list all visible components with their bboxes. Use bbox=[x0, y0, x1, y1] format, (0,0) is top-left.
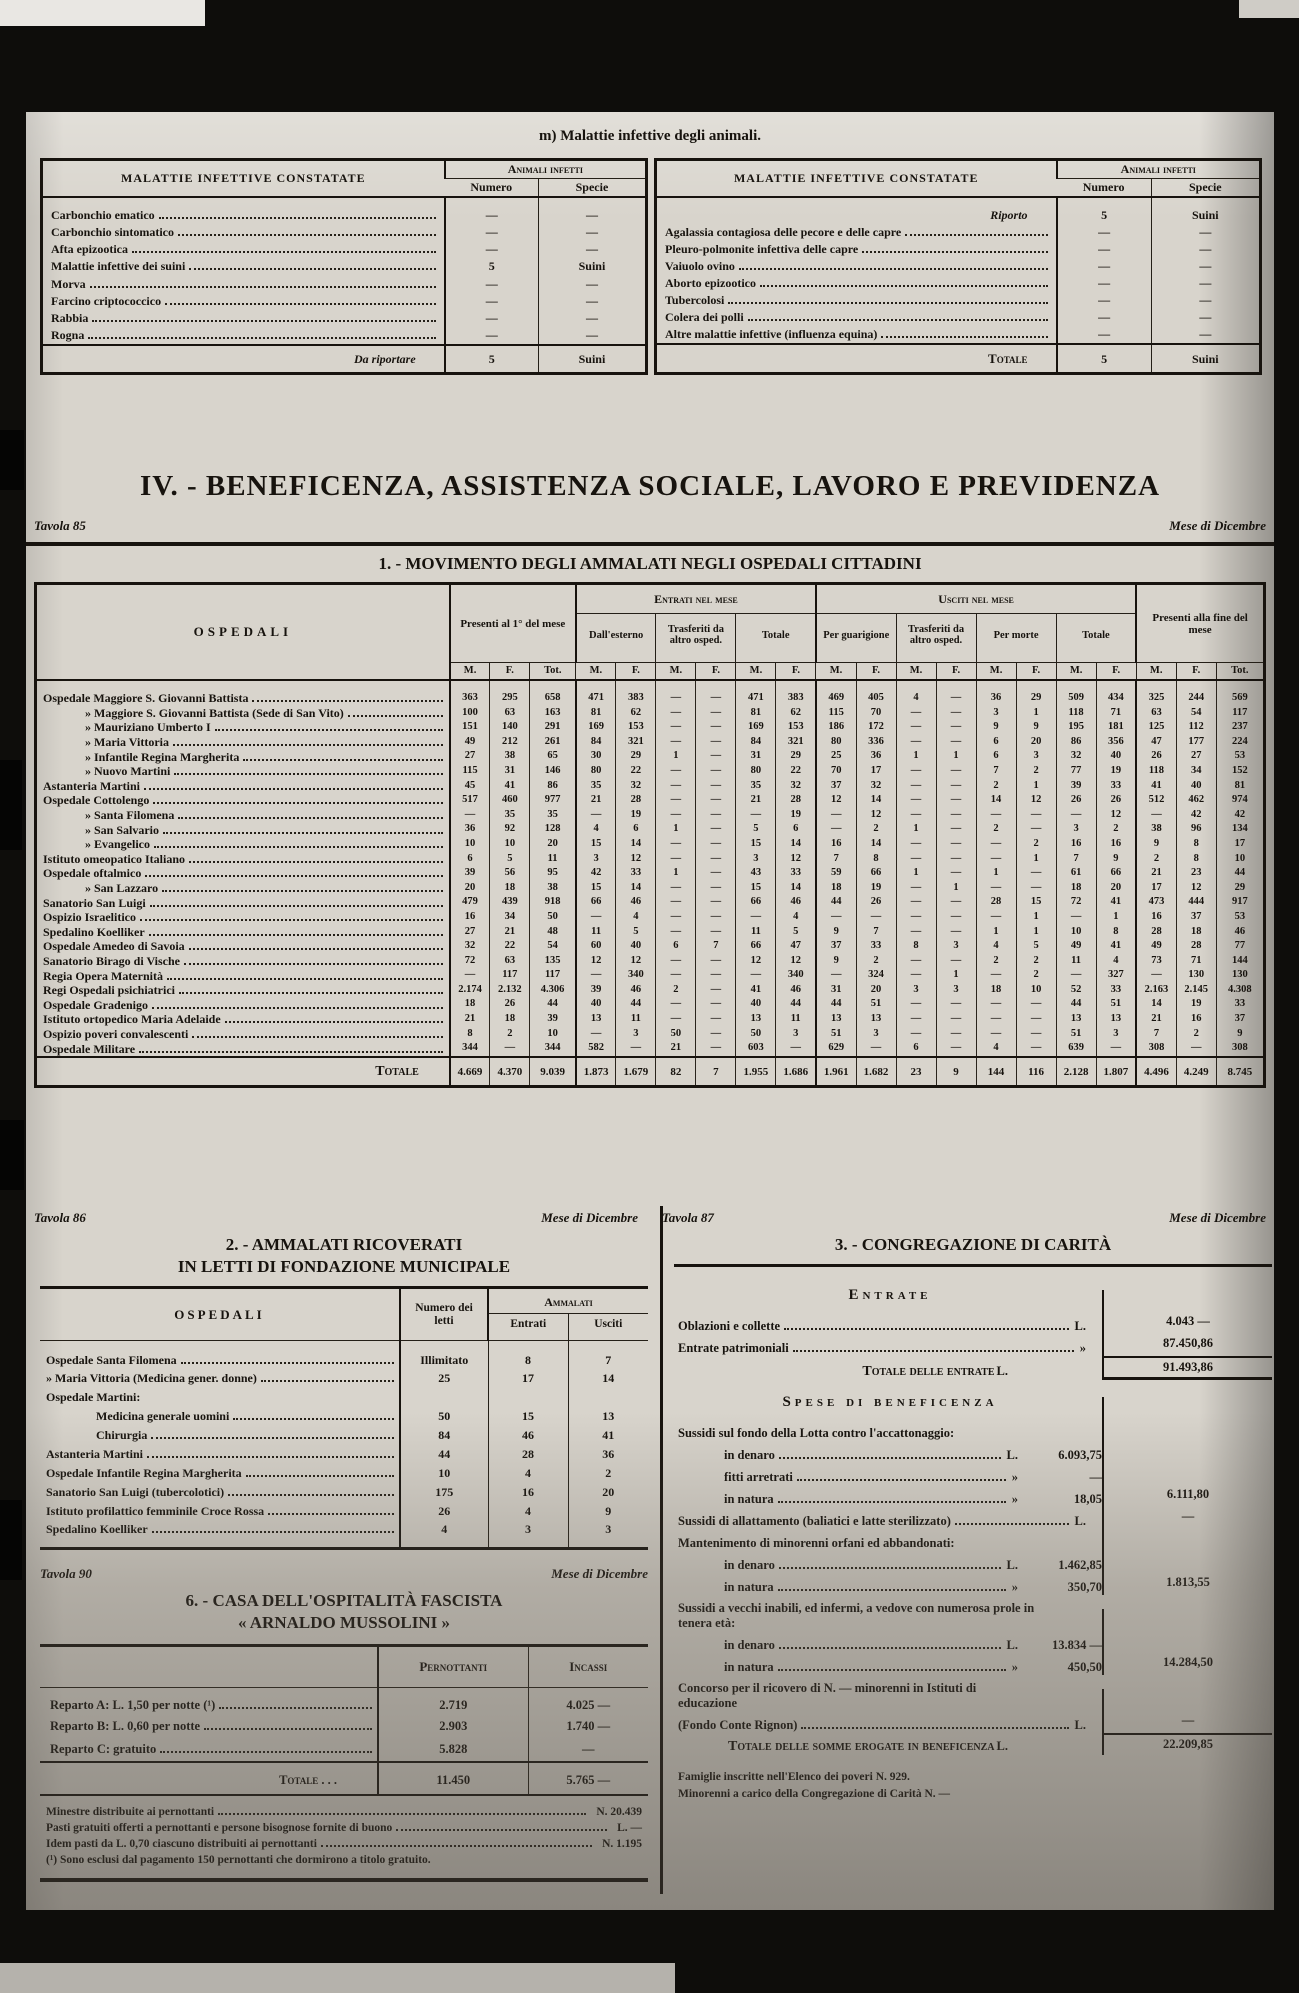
numero-value: 5 bbox=[445, 258, 539, 275]
cell-value: 512 bbox=[1136, 793, 1176, 808]
cell-value: 479 bbox=[450, 895, 490, 910]
cell-value: — bbox=[696, 895, 736, 910]
month-label: Mese di Dicembre bbox=[1169, 518, 1266, 534]
cell-value: 37 bbox=[1176, 910, 1216, 925]
letti-value: 50 bbox=[400, 1407, 488, 1426]
cell-value: 3 bbox=[856, 1027, 896, 1042]
dotted-leader bbox=[145, 869, 442, 878]
scan-corner-shade bbox=[1239, 0, 1299, 18]
cell-value: 12 bbox=[616, 852, 656, 867]
cell-value: 336 bbox=[856, 735, 896, 750]
specie-value: — bbox=[1151, 292, 1260, 309]
right-amount bbox=[1102, 1631, 1272, 1653]
cell-value: 14 bbox=[776, 837, 816, 852]
cell-value: 46 bbox=[616, 895, 656, 910]
letti-value: 26 bbox=[400, 1502, 488, 1521]
col-f: F. bbox=[490, 663, 530, 681]
carita-line-item: Entrate patrimoniali»87.450,86 bbox=[674, 1334, 1272, 1356]
totale-incassi: 5.765 — bbox=[528, 1762, 648, 1794]
cell-value: 1 bbox=[896, 749, 936, 764]
cell-value: 77 bbox=[1216, 939, 1264, 954]
numero-value: — bbox=[445, 327, 539, 345]
fondazione-row: Ospedale Infantile Regina Margherita1042 bbox=[40, 1464, 648, 1483]
cell-value: 1 bbox=[1016, 706, 1056, 721]
disease-name: Morva bbox=[51, 277, 86, 292]
hospital-row: Ospedale oftalmico39569542331—433359661—… bbox=[36, 866, 1265, 881]
month-label: Mese di Dicembre bbox=[1169, 1210, 1266, 1226]
dotted-leader bbox=[178, 810, 442, 819]
cell-value: 2 bbox=[976, 954, 1016, 969]
cell-value: 51 bbox=[1096, 997, 1136, 1012]
cell-value: 71 bbox=[1096, 706, 1136, 721]
cell-value: 2 bbox=[976, 779, 1016, 794]
hospital-row: » San Salvario3692128461—56—21—2—3238961… bbox=[36, 822, 1265, 837]
numero-value: — bbox=[1057, 292, 1152, 309]
cell-value: — bbox=[696, 1027, 736, 1042]
totale-value: 4.496 bbox=[1136, 1057, 1176, 1087]
reparto-row: Reparto A: L. 1,50 per notte (¹)2.7194.0… bbox=[40, 1688, 648, 1715]
entrati-value: 16 bbox=[488, 1483, 568, 1502]
specie-value: — bbox=[538, 197, 646, 224]
currency-mark: L. bbox=[1075, 1718, 1086, 1733]
totale-value: 9.039 bbox=[530, 1057, 576, 1087]
cell-value: 26 bbox=[490, 997, 530, 1012]
cell-value: 28 bbox=[1176, 939, 1216, 954]
usciti-value: 13 bbox=[568, 1407, 648, 1426]
cell-value: 135 bbox=[530, 954, 576, 969]
cell-value: 308 bbox=[1216, 1041, 1264, 1057]
da-riportare-numero: 5 bbox=[445, 345, 539, 374]
cell-value: 130 bbox=[1176, 968, 1216, 983]
scan-artifact bbox=[0, 1120, 24, 1190]
cell-value: 10 bbox=[1216, 852, 1264, 867]
numero-value: — bbox=[445, 293, 539, 310]
ledger-label: fitti arretrati bbox=[678, 1470, 793, 1485]
ledger-label: in natura bbox=[678, 1580, 774, 1595]
usciti-value: 41 bbox=[568, 1426, 648, 1445]
cell-value: 34 bbox=[490, 910, 530, 925]
cell-value: — bbox=[896, 881, 936, 896]
cell-value: 509 bbox=[1056, 680, 1096, 706]
hospital-name: » Maggiore S. Giovanni Battista (Sede di… bbox=[85, 706, 344, 720]
entrati-value: 28 bbox=[488, 1445, 568, 1464]
disease-row: Farcino criptococcico—— bbox=[42, 293, 647, 310]
dotted-leader bbox=[139, 1044, 443, 1053]
cell-value: 86 bbox=[530, 779, 576, 794]
cell-value: 146 bbox=[530, 764, 576, 779]
hospital-name: Sanatorio San Luigi bbox=[43, 896, 146, 910]
dotted-leader bbox=[252, 694, 442, 703]
cell-value: 20 bbox=[1016, 735, 1056, 750]
cell-value: 19 bbox=[856, 881, 896, 896]
cell-value: 66 bbox=[736, 895, 776, 910]
carita-line-total: Totale delle somme erogate in beneficenz… bbox=[674, 1733, 1272, 1755]
table2-title: 2. - AMMALATI RICOVERATI IN LETTI DI FON… bbox=[40, 1234, 648, 1278]
header-presenti-fine: Presenti alla fine del mese bbox=[1136, 584, 1264, 663]
hospital-row: » Infantile Regina Margherita27386530291… bbox=[36, 749, 1265, 764]
carita-line-sub: in natura»350,701.813,55 bbox=[674, 1573, 1272, 1595]
cell-value: — bbox=[976, 837, 1016, 852]
ledger-section-heading: Entrate bbox=[848, 1287, 931, 1304]
cell-value: 4.306 bbox=[530, 983, 576, 998]
carita-line-group: Sussidi a vecchi inabili, ed infermi, a … bbox=[674, 1595, 1272, 1631]
entrati-value: 3 bbox=[488, 1521, 568, 1549]
column-header-malattie: MALATTIE INFETTIVE CONSTATATE bbox=[656, 160, 1057, 198]
cell-value: 39 bbox=[576, 983, 616, 998]
cell-value: 977 bbox=[530, 793, 576, 808]
currency-mark: L. bbox=[1007, 1448, 1018, 1463]
cell-value: 59 bbox=[816, 866, 856, 881]
numero-value: — bbox=[445, 197, 539, 224]
cell-value: 3 bbox=[576, 852, 616, 867]
cell-value: — bbox=[896, 793, 936, 808]
cell-value: 19 bbox=[1096, 764, 1136, 779]
currency-mark: L. bbox=[1007, 1638, 1018, 1653]
cell-value: 80 bbox=[736, 764, 776, 779]
cell-value: 8 bbox=[896, 939, 936, 954]
cell-value: 15 bbox=[1016, 895, 1056, 910]
cell-value: 51 bbox=[856, 997, 896, 1012]
left-column: 2. - AMMALATI RICOVERATI IN LETTI DI FON… bbox=[40, 1234, 648, 1882]
cell-value: — bbox=[896, 968, 936, 983]
cell-value: 3 bbox=[616, 1027, 656, 1042]
cell-value: — bbox=[976, 1027, 1016, 1042]
cell-value: — bbox=[656, 720, 696, 735]
cell-value: — bbox=[936, 1027, 976, 1042]
cell-value: 383 bbox=[616, 680, 656, 706]
cell-value: 12 bbox=[776, 954, 816, 969]
cell-value: — bbox=[736, 968, 776, 983]
cell-value: 80 bbox=[576, 764, 616, 779]
header-trasferiti-uscita: Trasferiti da altro osped. bbox=[896, 614, 976, 663]
cell-value: 20 bbox=[856, 983, 896, 998]
disease-name: Carbonchio ematico bbox=[51, 208, 155, 223]
currency-mark: » bbox=[1012, 1470, 1018, 1485]
dotted-leader bbox=[150, 898, 443, 907]
cell-value: 72 bbox=[1056, 895, 1096, 910]
dotted-leader bbox=[165, 296, 436, 305]
cell-value: — bbox=[936, 866, 976, 881]
hospital-row: » San Lazzaro2018381514——15141819—1——182… bbox=[36, 881, 1265, 896]
cell-value: 44 bbox=[776, 997, 816, 1012]
totale-value: 1.961 bbox=[816, 1057, 856, 1087]
footnote-text: Minestre distribuite ai pernottanti bbox=[46, 1804, 214, 1820]
row-label: Spedalino Koelliker bbox=[46, 1522, 148, 1537]
casa-ospitalita-block: Pernottanti Incassi Reparto A: L. 1,50 p… bbox=[40, 1644, 648, 1882]
cell-value: 81 bbox=[576, 706, 616, 721]
ledger-label: Mantenimento di minorenni orfani ed abba… bbox=[678, 1536, 955, 1551]
cell-value: 37 bbox=[816, 939, 856, 954]
cell-value: 12 bbox=[776, 852, 816, 867]
dotted-leader bbox=[218, 1807, 586, 1815]
cell-value: — bbox=[936, 680, 976, 706]
hospital-name: Ospizio poveri convalescenti bbox=[43, 1027, 188, 1041]
header-pernottanti: Pernottanti bbox=[378, 1646, 528, 1688]
dotted-leader bbox=[92, 313, 435, 322]
dotted-leader bbox=[159, 210, 436, 219]
col-f: F. bbox=[616, 663, 656, 681]
totale-pernottanti: 11.450 bbox=[378, 1762, 528, 1794]
cell-value: 8 bbox=[1096, 925, 1136, 940]
animal-disease-tables: MALATTIE INFETTIVE CONSTATATE Animali in… bbox=[40, 158, 1262, 375]
animal-table-right: MALATTIE INFETTIVE CONSTATATE Animali in… bbox=[654, 158, 1262, 375]
cell-value: 22 bbox=[490, 939, 530, 954]
pernottanti-value: 5.828 bbox=[378, 1738, 528, 1762]
reparto-row: Reparto B: L. 0,60 per notte2.9031.740 — bbox=[40, 1714, 648, 1738]
dotted-leader bbox=[152, 1000, 443, 1009]
cell-value: 45 bbox=[450, 779, 490, 794]
cell-value: — bbox=[576, 968, 616, 983]
cell-value: — bbox=[936, 793, 976, 808]
cell-value: 21 bbox=[656, 1041, 696, 1057]
cell-value: 70 bbox=[816, 764, 856, 779]
incassi-value: 4.025 — bbox=[528, 1688, 648, 1715]
col-f: F. bbox=[856, 663, 896, 681]
totale-value: 4.669 bbox=[450, 1057, 490, 1087]
cell-value: 22 bbox=[776, 764, 816, 779]
cell-value: — bbox=[696, 954, 736, 969]
carita-line-item: (Fondo Conte Rignon)L.— bbox=[674, 1711, 1272, 1733]
cell-value: 169 bbox=[576, 720, 616, 735]
cell-value: 29 bbox=[1016, 680, 1056, 706]
column-header-malattie: MALATTIE INFETTIVE CONSTATATE bbox=[42, 160, 445, 198]
cell-value: 36 bbox=[450, 822, 490, 837]
cell-value: 9 bbox=[1016, 720, 1056, 735]
hospital-row: » Mauriziano Umberto I151140291169153——1… bbox=[36, 720, 1265, 735]
dotted-leader bbox=[189, 262, 435, 271]
cell-value: 49 bbox=[1056, 939, 1096, 954]
cell-value: 44 bbox=[530, 997, 576, 1012]
disease-name: Altre malattie infettive (influenza equi… bbox=[665, 327, 877, 342]
cell-value: 2 bbox=[656, 983, 696, 998]
cell-value: 325 bbox=[1136, 680, 1176, 706]
cell-value: — bbox=[936, 808, 976, 823]
disease-row: Rogna—— bbox=[42, 327, 647, 345]
cell-value: 2 bbox=[976, 822, 1016, 837]
fondazione-row: Ospedale Martini: bbox=[40, 1388, 648, 1407]
cell-value: 340 bbox=[776, 968, 816, 983]
right-amount: 22.209,85 bbox=[1102, 1733, 1272, 1755]
hospital-name: Ospedale Militare bbox=[43, 1042, 135, 1056]
dotted-leader bbox=[154, 840, 443, 849]
cell-value: — bbox=[896, 1027, 936, 1042]
cell-value: — bbox=[656, 779, 696, 794]
col-f: F. bbox=[1176, 663, 1216, 681]
entrati-value: 17 bbox=[488, 1369, 568, 1388]
cell-value: 12 bbox=[1096, 808, 1136, 823]
column-header-numero: Numero bbox=[1057, 179, 1152, 198]
cell-value: 31 bbox=[816, 983, 856, 998]
cell-value: 51 bbox=[816, 1027, 856, 1042]
cell-value: 517 bbox=[450, 793, 490, 808]
letti-value: 10 bbox=[400, 1464, 488, 1483]
cell-value: — bbox=[696, 764, 736, 779]
hospital-row: » Maggiore S. Giovanni Battista (Sede di… bbox=[36, 706, 1265, 721]
cell-value: 40 bbox=[736, 997, 776, 1012]
cell-value: 1 bbox=[976, 925, 1016, 940]
dotted-leader bbox=[784, 1321, 1068, 1330]
cell-value: 4 bbox=[576, 822, 616, 837]
header-ospedali: OSPEDALI bbox=[40, 1288, 400, 1341]
cell-value: 2 bbox=[856, 954, 896, 969]
header-numero-letti: Numero dei letti bbox=[400, 1288, 488, 1341]
cell-value: — bbox=[896, 910, 936, 925]
totale-value: 1.682 bbox=[856, 1057, 896, 1087]
cell-value: 151 bbox=[450, 720, 490, 735]
cell-value: 35 bbox=[530, 808, 576, 823]
cell-value: — bbox=[896, 764, 936, 779]
cell-value: 5 bbox=[616, 925, 656, 940]
tavola-87-label: Tavola 87 bbox=[662, 1210, 714, 1226]
cell-value: — bbox=[656, 706, 696, 721]
hospital-row: » Nuovo Martini115311468022——80227017——7… bbox=[36, 764, 1265, 779]
cell-value: 327 bbox=[1096, 968, 1136, 983]
cell-value: 14 bbox=[616, 837, 656, 852]
totale-value: 144 bbox=[976, 1057, 1016, 1087]
cell-value: 71 bbox=[1176, 954, 1216, 969]
footnote-text: (¹) Sono esclusi dal pagamento 150 perno… bbox=[46, 1852, 431, 1868]
cell-value: — bbox=[976, 881, 1016, 896]
cell-value: 18 bbox=[816, 881, 856, 896]
cell-value: 80 bbox=[816, 735, 856, 750]
cell-value: — bbox=[856, 1041, 896, 1057]
cell-value: 54 bbox=[530, 939, 576, 954]
cell-value: — bbox=[896, 720, 936, 735]
cell-value: 46 bbox=[1216, 925, 1264, 940]
cell-value: — bbox=[936, 779, 976, 794]
fondazione-row: Sanatorio San Luigi (tubercolotici)17516… bbox=[40, 1483, 648, 1502]
cell-value: 33 bbox=[856, 939, 896, 954]
cell-value: 1 bbox=[656, 749, 696, 764]
dotted-leader bbox=[760, 278, 1048, 287]
cell-value: 19 bbox=[616, 808, 656, 823]
numero-value: — bbox=[1057, 241, 1152, 258]
specie-value: — bbox=[1151, 241, 1260, 258]
cell-value: — bbox=[1136, 808, 1176, 823]
cell-value: 130 bbox=[1216, 968, 1264, 983]
cell-value: — bbox=[696, 735, 736, 750]
totale-label: Totale bbox=[36, 1057, 450, 1087]
cell-value: 41 bbox=[490, 779, 530, 794]
cell-value: 261 bbox=[530, 735, 576, 750]
cell-value: 11 bbox=[530, 852, 576, 867]
cell-value: 27 bbox=[450, 749, 490, 764]
cell-value: 21 bbox=[450, 1012, 490, 1027]
totals-row: Totale4.6694.3709.0391.8731.6798271.9551… bbox=[36, 1057, 1265, 1087]
dotted-leader bbox=[905, 227, 1047, 236]
totale-value: 1.807 bbox=[1096, 1057, 1136, 1087]
numero-value: — bbox=[1057, 224, 1152, 241]
cell-value: 2 bbox=[1136, 852, 1176, 867]
hospital-name: » San Salvario bbox=[85, 823, 159, 837]
cell-value: 40 bbox=[1176, 779, 1216, 794]
cell-value: — bbox=[976, 808, 1016, 823]
carita-line-total: Totale delle entrateL.91.493,86 bbox=[674, 1356, 1272, 1380]
casa-ospitalita-table: Pernottanti Incassi Reparto A: L. 1,50 p… bbox=[40, 1644, 648, 1794]
cell-value: 47 bbox=[776, 939, 816, 954]
tavola-90-line: Tavola 90 Mese di Dicembre bbox=[40, 1566, 648, 1582]
cell-value: 163 bbox=[530, 706, 576, 721]
disease-name: Farcino criptococcico bbox=[51, 294, 161, 309]
disease-name: Rogna bbox=[51, 328, 84, 343]
cell-value: 1 bbox=[936, 968, 976, 983]
tavola-label: Tavola 85 bbox=[34, 518, 86, 534]
numero-value: — bbox=[445, 224, 539, 241]
column-divider-rule bbox=[660, 1206, 663, 1894]
dotted-leader bbox=[396, 1823, 607, 1831]
cell-value: 462 bbox=[1176, 793, 1216, 808]
header-guarigione: Per guarigione bbox=[816, 614, 896, 663]
fondazione-row: Medicina generale uomini501513 bbox=[40, 1407, 648, 1426]
col-m: M. bbox=[576, 663, 616, 681]
cell-value: 33 bbox=[776, 866, 816, 881]
fondazione-row: Astanteria Martini442836 bbox=[40, 1445, 648, 1464]
entrati-value: 15 bbox=[488, 1407, 568, 1426]
incassi-value: 1.740 — bbox=[528, 1714, 648, 1738]
numero-value: — bbox=[445, 310, 539, 327]
cell-value: 11 bbox=[576, 925, 616, 940]
cell-value: 86 bbox=[1056, 735, 1096, 750]
specie-value: — bbox=[538, 293, 646, 310]
cell-value: 40 bbox=[616, 939, 656, 954]
totale-value: 1.873 bbox=[576, 1057, 616, 1087]
cell-value: 153 bbox=[616, 720, 656, 735]
dotted-leader bbox=[243, 752, 442, 761]
cell-value: 66 bbox=[736, 939, 776, 954]
cell-value: — bbox=[936, 764, 976, 779]
totale-value: 1.679 bbox=[616, 1057, 656, 1087]
usciti-value: 3 bbox=[568, 1521, 648, 1549]
cell-value: 12 bbox=[616, 954, 656, 969]
currency-mark: » bbox=[1012, 1492, 1018, 1507]
row-label: Ospedale Martini: bbox=[46, 1390, 140, 1405]
cell-value: 639 bbox=[1056, 1041, 1096, 1057]
column-group-animali-infetti: Animali infetti bbox=[445, 160, 647, 179]
fondazione-row: Chirurgia844641 bbox=[40, 1426, 648, 1445]
cell-value: — bbox=[936, 852, 976, 867]
cell-value: 28 bbox=[616, 793, 656, 808]
cell-value: 37 bbox=[816, 779, 856, 794]
totale-specie: Suini bbox=[1151, 344, 1260, 374]
cell-value: — bbox=[1096, 1041, 1136, 1057]
specie-value: — bbox=[538, 327, 646, 345]
letti-value: 84 bbox=[400, 1426, 488, 1445]
cell-value: 84 bbox=[576, 735, 616, 750]
disease-row: Pleuro-polmonite infettiva delle capre—— bbox=[656, 241, 1261, 258]
fondazione-row: Istituto profilattico femminile Croce Ro… bbox=[40, 1502, 648, 1521]
table3-footnotes: Famiglie inscritte nell'Elenco dei pover… bbox=[674, 1769, 1272, 1803]
disease-row: Vaiuolo ovino—— bbox=[656, 258, 1261, 275]
cell-value: 3 bbox=[896, 983, 936, 998]
specie-value: — bbox=[1151, 258, 1260, 275]
animal-table-left: MALATTIE INFETTIVE CONSTATATE Animali in… bbox=[40, 158, 648, 375]
row-label: » Maria Vittoria (Medicina gener. donne) bbox=[46, 1371, 257, 1386]
right-amount: 6.111,80 bbox=[1102, 1485, 1272, 1507]
cell-value: 21 bbox=[1136, 1012, 1176, 1027]
cell-value: 363 bbox=[450, 680, 490, 706]
footnote: Famiglie inscritte nell'Elenco dei pover… bbox=[678, 1769, 1272, 1786]
dotted-leader bbox=[152, 1524, 394, 1533]
cell-value: 6 bbox=[776, 822, 816, 837]
table6-title-line1: 6. - CASA DELL'OSPITALITÀ FASCISTA bbox=[40, 1590, 648, 1612]
totale-label: Totale . . . bbox=[40, 1762, 378, 1794]
cell-value: — bbox=[976, 997, 1016, 1012]
hospital-row: Ospedale Gradenigo1826444044——40444451——… bbox=[36, 997, 1265, 1012]
column-header-numero: Numero bbox=[445, 179, 539, 198]
cell-value: 41 bbox=[1096, 939, 1136, 954]
letti-value: Illimitato bbox=[400, 1341, 488, 1370]
carita-line-sub: fitti arretrati»— bbox=[674, 1463, 1272, 1485]
